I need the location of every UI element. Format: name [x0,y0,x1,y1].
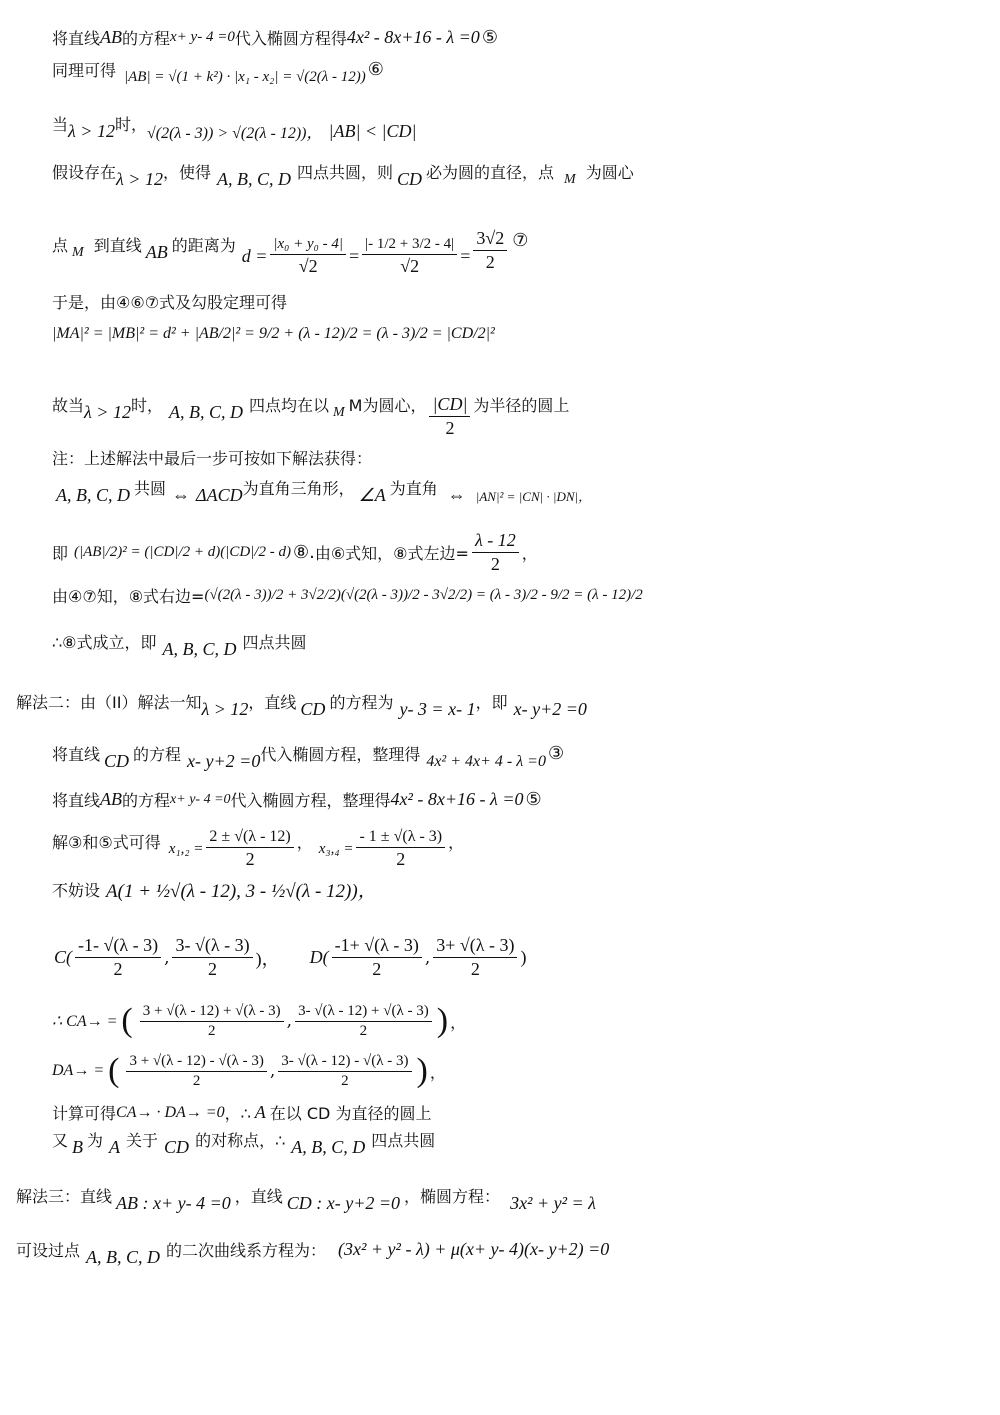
roots-fraction-1: 2 ± √(λ - 12) 2 [206,828,293,870]
line-note: 注：上述解法中最后一步可按如下解法获得： [52,446,372,469]
da-x-fraction: 3 + √(λ - 12) - √(λ - 3) 2 [126,1053,266,1090]
line-equivalence: A, B, C, D 共圆 ⇔ ΔACD 为直角三角形， ∠A 为直角 ⇔ |A… [56,476,591,499]
line-distance: 点 M 到直线 AB 的距离为 d = |x₀ + y₀ - 4| √2 = |… [52,222,528,267]
ca-y-fraction: 3- √(λ - 12) + √(λ - 3) 2 [295,1003,432,1040]
line-therefore-pythagoras: 于是，由④⑥⑦式及勾股定理可得 [52,290,287,313]
line-radius-squared: |MA|² = |MB|² = d² + |AB/2|² = 9/2 + (λ … [52,325,495,343]
ca-x-fraction: 3 + √(λ - 12) + √(λ - 3) 2 [140,1003,284,1040]
line-points-c-d: C( -1- √(λ - 3) 2 , 3- √(λ - 3) 2 )， D( … [54,935,526,980]
line-compare-lengths: 当 λ > 12 时， √(2(λ - 3)) > √(2(λ - 12))， … [52,112,416,135]
line-point-a: 不妨设 A(1 + ½√(λ - 12), 3 - ½√(λ - 12))， [52,876,377,903]
d-y-fraction: 3+ √(λ - 3) 2 [433,935,517,980]
line-assume-concyclic: 假设存在 λ > 12 ，使得 A, B, C, D 四点共圆，则 CD 必为圆… [52,160,634,183]
line-dot-product: 计算可得 CA→ · DA→ =0 ，∴ A 在以 CD 为直径的圆上 [52,1101,431,1124]
line-curve-family: 可设过点 A, B, C, D 的二次曲线系方程为： (3x² + y² - λ… [16,1238,609,1261]
line-conclusion: 故当 λ > 12 时， A, B, C, D 四点均在以 M M为圆心， |C… [52,382,569,427]
line-method-three: 解法三：直线 AB : x+ y- 4 =0 ，直线 CD : x- y+2 =… [16,1184,596,1207]
line-equation-8: 即 (|AB|/2)² = (|CD|/2 + d)(|CD|/2 - d) ⑧… [52,530,538,575]
line-substitute-ab: 将直线 AB 的方程 x+ y- 4 =0 代入椭圆方程得 4x² - 8x+1… [52,26,498,49]
line-vector-ca: ∴ CA→ = ( 3 + √(λ - 12) + √(λ - 3) 2 , 3… [52,1002,466,1040]
distance-fraction-3: 3√2 2 [473,228,507,273]
left-side-fraction: λ - 12 2 [472,530,519,575]
distance-fraction-1: |x₀ + y₀ - 4| √2 [270,236,346,277]
line-roots: 解③和⑤式可得 x₁,₂ = 2 ± √(λ - 12) 2 ， x₃,₄ = … [52,820,464,862]
da-y-fraction: 3- √(λ - 12) - √(λ - 3) 2 [278,1053,411,1090]
line-symmetric-point: 又 B 为 A 关于 CD 的对称点，∴ A, B, C, D 四点共圆 [52,1128,435,1151]
line-vector-da: DA→ = ( 3 + √(λ - 12) - √(λ - 3) 2 , 3- … [52,1052,446,1090]
line-ab-length: 同理可得 |AB| = √(1 + k²) · |x₁ - x₂| = √(2(… [52,58,384,81]
c-y-fraction: 3- √(λ - 3) 2 [172,935,252,980]
line-substitute-ab-2: 将直线 AB 的方程 x+ y- 4 =0 代入椭圆方程，整理得 4x² - 8… [52,788,542,811]
roots-fraction-2: - 1 ± √(λ - 3) 2 [356,828,445,870]
line-holds: ∴⑧式成立，即 A, B, C, D 四点共圆 [52,630,307,653]
d-x-fraction: -1+ √(λ - 3) 2 [332,935,422,980]
line-method-two: 解法二：由（II）解法一知 λ > 12 ，直线 CD 的方程为 y- 3 = … [16,690,587,713]
line-right-side: 由④⑦知，⑧式右边= (√(2(λ - 3))/2 + 3√2/2)(√(2(λ… [52,584,643,607]
line-substitute-cd: 将直线 CD 的方程 x- y+2 =0 代入椭圆方程，整理得 4x² + 4x… [52,742,564,765]
c-x-fraction: -1- √(λ - 3) 2 [75,935,161,980]
radius-fraction: |CD| 2 [429,394,470,439]
distance-fraction-2: |- 1/2 + 3/2 - 4| √2 [362,236,457,277]
